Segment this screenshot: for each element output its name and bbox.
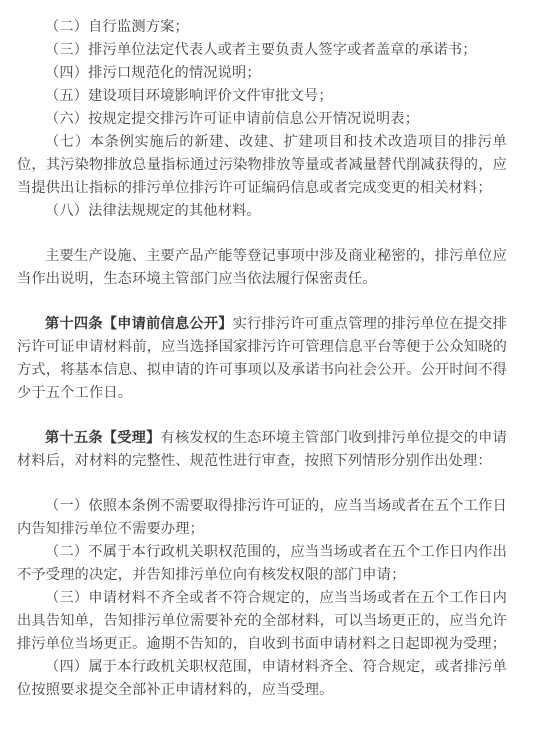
list-item-7: （七）本条例实施后的新建、改建、扩建项目和技术改造项目的排污单位，其污染物排放总… — [17, 131, 507, 200]
paragraph-spacer — [17, 223, 507, 245]
document-body: （二）自行监测方案； （三）排污单位法定代表人或者主要负责人签字或者盖章的承诺书… — [17, 16, 507, 702]
list-item-3: （三）排污单位法定代表人或者主要负责人签字或者盖章的承诺书； — [17, 39, 507, 62]
list-item-8: （八）法律法规规定的其他材料。 — [17, 200, 507, 223]
article-15-item-2: （二）不属于本行政机关职权范围的，应当当场或者在五个工作日内作出不予受理的决定，… — [17, 541, 507, 587]
article-15-heading: 第十五条【受理】 — [45, 430, 161, 446]
article-14-heading: 第十四条【申请前信息公开】 — [45, 316, 233, 332]
article-15-item-1: （一）依照本条例不需要取得排污许可证的，应当当场或者在五个工作日内告知排污单位不… — [17, 495, 507, 541]
article-14-paragraph: 第十四条【申请前信息公开】实行排污许可重点管理的排污单位在提交排污许可证申请材料… — [17, 313, 507, 405]
list-item-6: （六）按规定提交排污许可证申请前信息公开情况说明表； — [17, 108, 507, 131]
paragraph-spacer — [17, 291, 507, 313]
paragraph-spacer — [17, 405, 507, 427]
paragraph-spacer — [17, 473, 507, 495]
confidentiality-paragraph: 主要生产设施、主要产品产能等登记事项中涉及商业秘密的，排污单位应当作出说明，生态… — [17, 245, 507, 291]
list-item-4: （四）排污口规范化的情况说明； — [17, 62, 507, 85]
article-15-paragraph: 第十五条【受理】有核发权的生态环境主管部门收到排污单位提交的申请材料后，对材料的… — [17, 427, 507, 473]
article-15-item-3: （三）申请材料不齐全或者不符合规定的，应当当场或者在五个工作日内出具告知单，告知… — [17, 587, 507, 656]
list-item-2: （二）自行监测方案； — [17, 16, 507, 39]
list-item-5: （五）建设项目环境影响评价文件审批文号； — [17, 85, 507, 108]
article-15-item-4: （四）属于本行政机关职权范围，申请材料齐全、符合规定，或者排污单位按照要求提交全… — [17, 656, 507, 702]
